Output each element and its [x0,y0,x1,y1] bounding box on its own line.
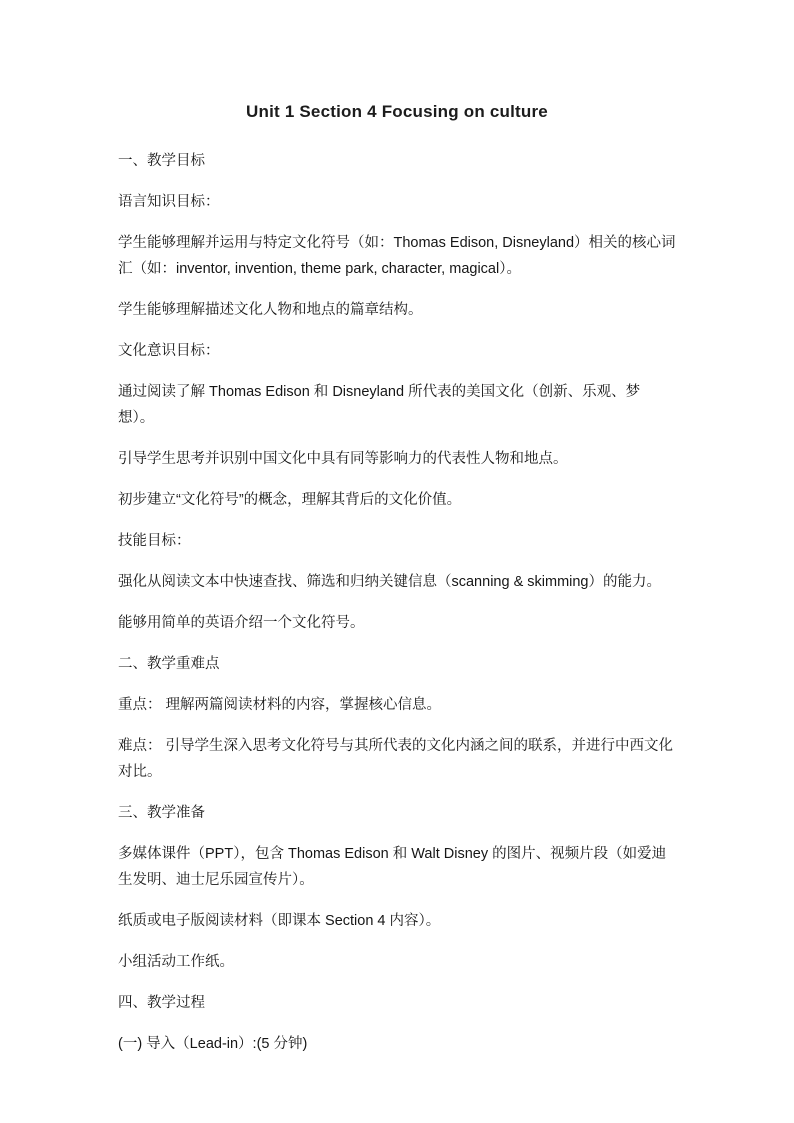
para-multimedia-courseware: 多媒体课件（PPT），包含 Thomas Edison 和 Walt Disne… [118,841,676,893]
section-heading-teaching-process: 四、教学过程 [118,990,676,1016]
para-introduce-cultural-symbol: 能够用简单的英语介绍一个文化符号。 [118,610,676,636]
para-chinese-culture-reflection: 引导学生思考并识别中国文化中具有同等影响力的代表性人物和地点。 [118,446,676,472]
section-heading-teaching-objectives: 一、教学目标 [118,148,676,174]
subheading-language-knowledge-objectives: 语言知识目标： [118,189,676,215]
para-scanning-skimming-skill: 强化从阅读文本中快速查找、筛选和归纳关键信息（scanning & skimmi… [118,569,676,595]
para-american-culture-reading: 通过阅读了解 Thomas Edison 和 Disneyland 所代表的美国… [118,379,676,431]
section-heading-key-difficult-points: 二、教学重难点 [118,651,676,677]
subheading-skill-objectives: 技能目标： [118,528,676,554]
subheading-cultural-awareness-objectives: 文化意识目标： [118,338,676,364]
para-difficult-point: 难点： 引导学生深入思考文化符号与其所代表的文化内涵之间的联系，并进行中西文化对… [118,733,676,785]
para-text-structure: 学生能够理解描述文化人物和地点的篇章结构。 [118,297,676,323]
section-heading-teaching-preparation: 三、教学准备 [118,800,676,826]
para-reading-materials: 纸质或电子版阅读材料（即课本 Section 4 内容）。 [118,908,676,934]
document-title: Unit 1 Section 4 Focusing on culture [118,100,676,124]
para-cultural-symbol-concept: 初步建立“文化符号”的概念，理解其背后的文化价值。 [118,487,676,513]
para-core-vocabulary: 学生能够理解并运用与特定文化符号（如：Thomas Edison, Disney… [118,230,676,282]
para-group-worksheets: 小组活动工作纸。 [118,949,676,975]
para-lead-in-step: (一) 导入（Lead-in）:(5 分钟) [118,1031,676,1057]
document-page: Unit 1 Section 4 Focusing on culture 一、教… [0,0,794,1123]
para-key-point: 重点： 理解两篇阅读材料的内容，掌握核心信息。 [118,692,676,718]
